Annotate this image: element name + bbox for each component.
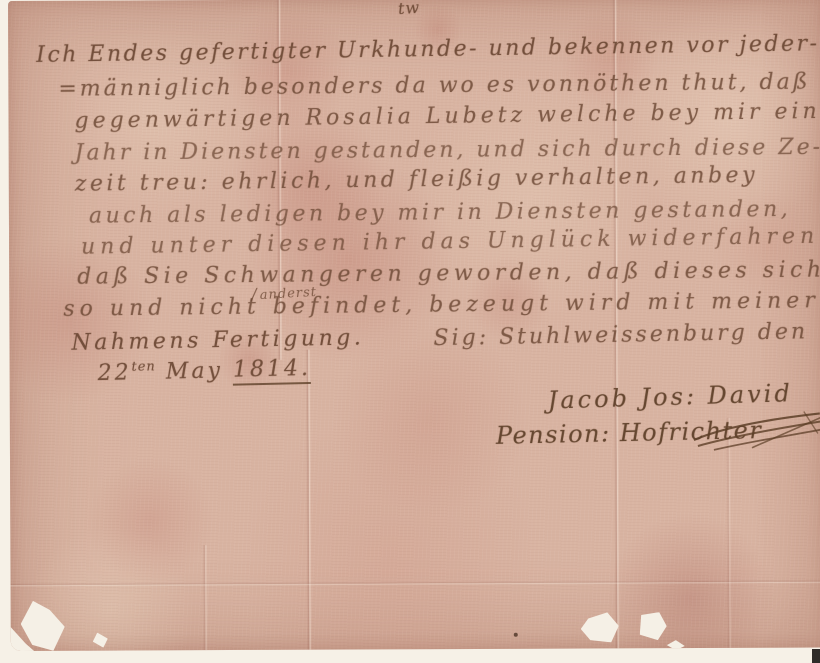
scan-bottom-strip	[0, 651, 820, 663]
top-annotation: tw	[397, 0, 420, 18]
tear-bottom-center-1	[581, 612, 619, 642]
date-ordinal: ten	[131, 359, 156, 375]
manuscript-line: so und nicht befindet, bezeugt wird mit …	[63, 288, 820, 322]
manuscript-line: =männiglich besonders da wo es vonnöthen…	[58, 70, 810, 102]
scan-background: tw Ich Endes gefertigter Urkhunde- und b…	[0, 0, 820, 663]
closing-left: Nahmens Fertigung.	[71, 325, 364, 355]
manuscript-line: daß Sie Schwangeren geworden, daß dieses…	[77, 258, 820, 290]
ink-speck	[514, 633, 518, 637]
fold-crease-bottom-left	[202, 545, 207, 650]
manuscript-line: Ich Endes gefertigter Urkhunde- und beke…	[36, 31, 820, 68]
closing-right: Sig: Stuhlweissenburg den	[433, 319, 808, 351]
manuscript-line: zeit treu: ehrlich, und fleißig verhalte…	[75, 163, 759, 197]
manuscript-line: Jahr in Diensten gestanden, und sich dur…	[75, 135, 820, 166]
tear-bottom-center-3	[667, 640, 685, 650]
manuscript-paper: tw Ich Endes gefertigter Urkhunde- und b…	[8, 0, 820, 651]
manuscript-line: gegenwärtigen Rosalia Lubetz welche bey …	[74, 99, 820, 134]
date-day: 22	[97, 360, 132, 386]
date-line: 22ten May 1814.	[97, 356, 311, 386]
fold-crease-horizontal	[11, 579, 820, 587]
insertion-caret: /	[251, 284, 258, 303]
tear-bottom-center-2	[637, 612, 667, 640]
manuscript-line: und unter diesen ihr das Unglück widerfa…	[81, 224, 819, 260]
fold-crease-left-lower	[306, 350, 312, 650]
signature-paraph	[692, 407, 820, 456]
scan-corner-mark	[812, 649, 820, 663]
manuscript-line: auch als ledigen bey mir in Diensten ges…	[89, 197, 791, 229]
tear-bottom-left	[21, 601, 65, 651]
date-month: May	[156, 358, 234, 385]
date-year: 1814.	[233, 356, 312, 386]
interlinear-insertion: /anderst	[251, 281, 318, 304]
tear-bottom-left-corner	[8, 619, 49, 651]
tear-small-left	[93, 633, 108, 648]
